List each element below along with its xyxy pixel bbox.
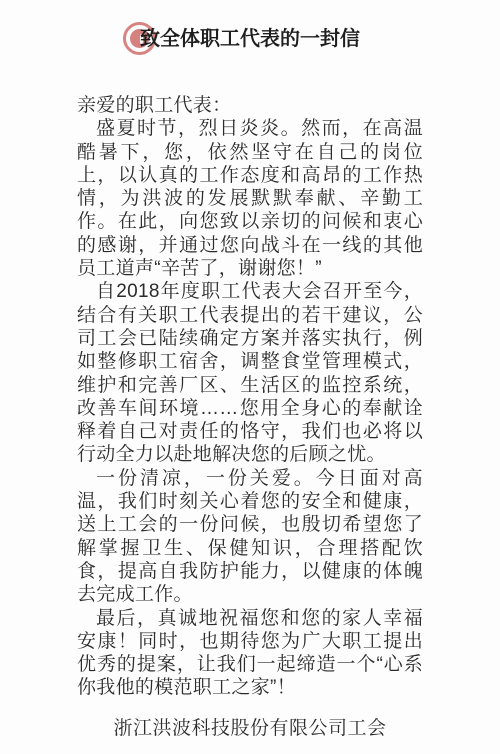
letter-body: 亲爱的职工代表： 盛夏时节，烈日炎炎。然而，在高温酷暑下，您，依然坚守在自己的岗… [77, 94, 423, 740]
signature: 浙江洪波科技股份有限公司工会 [77, 717, 423, 740]
salutation: 亲爱的职工代表： [77, 94, 423, 117]
paragraph-1: 盛夏时节，烈日炎炎。然而，在高温酷暑下，您，依然坚守在自己的岗位上，以认真的工作… [77, 117, 423, 280]
letter-page: 致全体职工代表的一封信 亲爱的职工代表： 盛夏时节，烈日炎炎。然而，在高温酷暑下… [0, 0, 500, 754]
paragraph-3: 一份清凉，一份关爱。今日面对高温，我们时刻关心着您的安全和健康，送上工会的一份问… [77, 467, 423, 607]
paragraph-2: 自2018年度职工代表大会召开至今，结合有关职工代表提出的若干建议，公司工会已陆… [77, 280, 423, 466]
title-row: 致全体职工代表的一封信 [0, 0, 500, 60]
paragraph-4: 最后，真诚地祝福您和您的家人幸福安康！同时，也期待您为广大职工提出优秀的提案，让… [77, 607, 423, 700]
letter-title: 致全体职工代表的一封信 [140, 26, 360, 52]
title-wrap: 致全体职工代表的一封信 [140, 26, 360, 52]
